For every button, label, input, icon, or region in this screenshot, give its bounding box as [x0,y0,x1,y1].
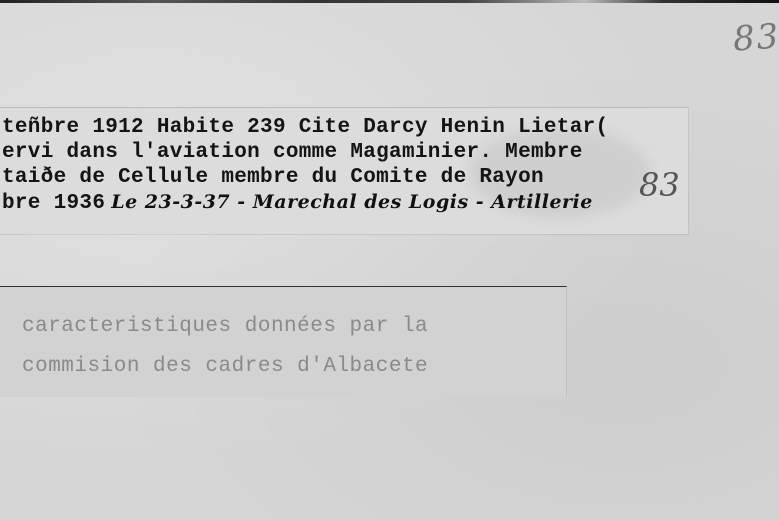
handwritten-annotation: Le 23-3-37 - Marechal des Logis - Artill… [111,191,593,213]
typed-line-4: bre 1936Le 23-3-37 - Marechal des Logis … [2,191,593,215]
typed-line-3: taiðe de Cellule membre du Comite de Ray… [2,166,544,189]
corner-page-number: 83 [732,16,779,59]
handwritten-record-number: 83 [639,166,680,204]
typed-record-strip: teñbre 1912 Habite 239 Cite Darcy Henin … [0,107,689,234]
typed-line-1: teñbre 1912 Habite 239 Cite Darcy Henin … [2,116,608,139]
scanned-document-page: 83 teñbre 1912 Habite 239 Cite Darcy Hen… [0,0,779,520]
typed-line-4-text: bre 1936 [2,192,105,215]
page-top-edge [0,0,779,3]
typed-line-2: ervi dans l'aviation comme Magaminier. M… [2,141,583,164]
faded-typed-strip: caracteristiques données par la commisio… [0,286,567,397]
faded-line-2: commision des cadres d'Albacete [22,355,428,378]
faded-line-1: caracteristiques données par la [22,315,428,338]
